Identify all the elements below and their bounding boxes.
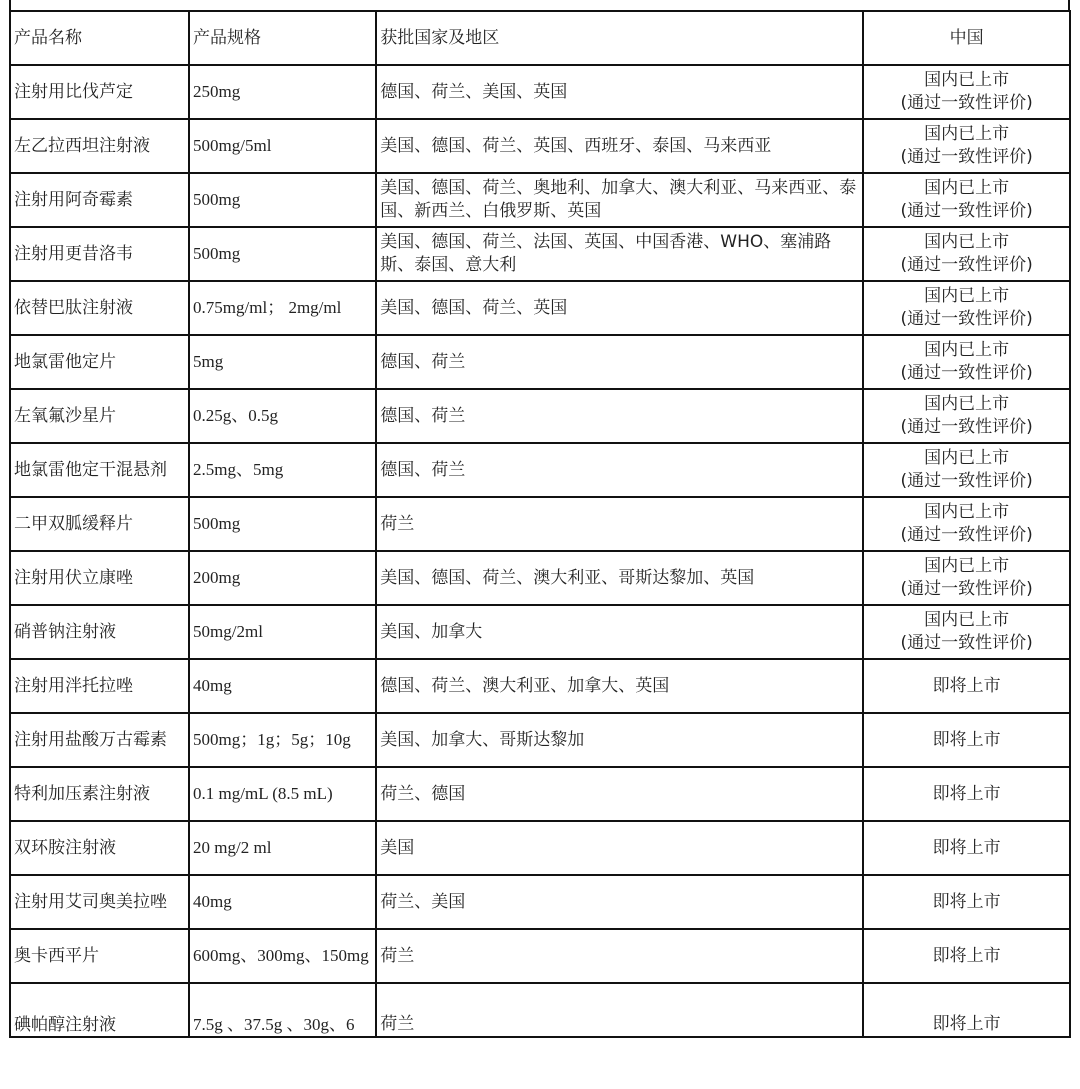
approved-regions-cell: 德国、荷兰	[376, 389, 863, 443]
china-status-cell: 国内已上市(通过一致性评价)	[863, 389, 1070, 443]
product-name-cell: 注射用艾司奥美拉唑	[10, 875, 189, 929]
approved-regions-cell: 荷兰	[376, 983, 863, 1037]
status-line-primary: 国内已上市	[867, 501, 1066, 524]
status-line-note: (通过一致性评价)	[867, 632, 1066, 655]
china-status-cell: 国内已上市(通过一致性评价)	[863, 173, 1070, 227]
product-name-cell: 注射用比伐芦定	[10, 65, 189, 119]
approved-regions-cell: 美国、德国、荷兰、英国、西班牙、泰国、马来西亚	[376, 119, 863, 173]
status-line-primary: 即将上市	[867, 783, 1066, 806]
china-status-cell: 国内已上市(通过一致性评价)	[863, 119, 1070, 173]
specification-cell: 200mg	[189, 551, 376, 605]
status-line-primary: 即将上市	[867, 891, 1066, 914]
approved-regions-cell: 美国、德国、荷兰、英国	[376, 281, 863, 335]
header-china: 中国	[863, 11, 1070, 65]
china-status-cell: 即将上市	[863, 983, 1070, 1037]
specification-cell: 500mg/5ml	[189, 119, 376, 173]
approved-regions-cell: 美国、德国、荷兰、法国、英国、中国香港、WHO、塞浦路斯、泰国、意大利	[376, 227, 863, 281]
product-name-cell: 特利加压素注射液	[10, 767, 189, 821]
specification-cell: 500mg	[189, 227, 376, 281]
header-approved-regions: 获批国家及地区	[376, 11, 863, 65]
status-line-note: (通过一致性评价)	[867, 416, 1066, 439]
table-row: 硝普钠注射液50mg/2ml美国、加拿大国内已上市(通过一致性评价)	[10, 605, 1070, 659]
table-row: 注射用艾司奥美拉唑40mg荷兰、美国即将上市	[10, 875, 1070, 929]
china-status-cell: 即将上市	[863, 875, 1070, 929]
status-line-note: (通过一致性评价)	[867, 578, 1066, 601]
specification-cell: 20 mg/2 ml	[189, 821, 376, 875]
status-line-primary: 国内已上市	[867, 69, 1066, 92]
table-row: 注射用比伐芦定250mg德国、荷兰、美国、英国国内已上市(通过一致性评价)	[10, 65, 1070, 119]
product-name-cell: 地氯雷他定干混悬剂	[10, 443, 189, 497]
status-line-primary: 国内已上市	[867, 609, 1066, 632]
table-row: 左乙拉西坦注射液500mg/5ml美国、德国、荷兰、英国、西班牙、泰国、马来西亚…	[10, 119, 1070, 173]
china-status-cell: 国内已上市(通过一致性评价)	[863, 551, 1070, 605]
status-line-note: (通过一致性评价)	[867, 92, 1066, 115]
product-name-cell: 注射用阿奇霉素	[10, 173, 189, 227]
product-name-cell: 左乙拉西坦注射液	[10, 119, 189, 173]
approved-regions-cell: 美国、德国、荷兰、澳大利亚、哥斯达黎加、英国	[376, 551, 863, 605]
approved-regions-cell: 美国、加拿大	[376, 605, 863, 659]
china-status-cell: 国内已上市(通过一致性评价)	[863, 281, 1070, 335]
status-line-note: (通过一致性评价)	[867, 146, 1066, 169]
product-name-cell: 地氯雷他定片	[10, 335, 189, 389]
product-name-cell: 注射用泮托拉唑	[10, 659, 189, 713]
china-status-cell: 即将上市	[863, 821, 1070, 875]
table-row: 依替巴肽注射液0.75mg/ml； 2mg/ml美国、德国、荷兰、英国国内已上市…	[10, 281, 1070, 335]
product-name-cell: 双环胺注射液	[10, 821, 189, 875]
status-line-primary: 国内已上市	[867, 393, 1066, 416]
status-line-note: (通过一致性评价)	[867, 254, 1066, 277]
table-row: 特利加压素注射液0.1 mg/mL (8.5 mL)荷兰、德国即将上市	[10, 767, 1070, 821]
table-row: 注射用泮托拉唑40mg德国、荷兰、澳大利亚、加拿大、英国即将上市	[10, 659, 1070, 713]
approved-regions-cell: 荷兰、德国	[376, 767, 863, 821]
china-status-cell: 即将上市	[863, 929, 1070, 983]
approved-regions-cell: 美国、加拿大、哥斯达黎加	[376, 713, 863, 767]
specification-cell: 50mg/2ml	[189, 605, 376, 659]
product-name-cell: 注射用盐酸万古霉素	[10, 713, 189, 767]
table-row: 注射用盐酸万古霉素500mg；1g；5g；10g美国、加拿大、哥斯达黎加即将上市	[10, 713, 1070, 767]
table-header-row: 产品名称 产品规格 获批国家及地区 中国	[10, 11, 1070, 65]
china-status-cell: 国内已上市(通过一致性评价)	[863, 443, 1070, 497]
product-name-cell: 依替巴肽注射液	[10, 281, 189, 335]
status-line-primary: 国内已上市	[867, 447, 1066, 470]
specification-cell: 0.75mg/ml； 2mg/ml	[189, 281, 376, 335]
china-status-cell: 即将上市	[863, 659, 1070, 713]
specification-cell: 2.5mg、5mg	[189, 443, 376, 497]
china-status-cell: 国内已上市(通过一致性评价)	[863, 335, 1070, 389]
approved-regions-cell: 荷兰	[376, 929, 863, 983]
status-line-note: (通过一致性评价)	[867, 308, 1066, 331]
approved-regions-cell: 德国、荷兰、澳大利亚、加拿大、英国	[376, 659, 863, 713]
specification-cell: 40mg	[189, 875, 376, 929]
status-line-note: (通过一致性评价)	[867, 470, 1066, 493]
table-row: 双环胺注射液20 mg/2 ml美国即将上市	[10, 821, 1070, 875]
header-specification: 产品规格	[189, 11, 376, 65]
product-name-cell: 奥卡西平片	[10, 929, 189, 983]
status-line-primary: 国内已上市	[867, 231, 1066, 254]
product-name-cell: 碘帕醇注射液	[10, 983, 189, 1037]
product-name-cell: 注射用伏立康唑	[10, 551, 189, 605]
table-row: 地氯雷他定片5mg德国、荷兰国内已上市(通过一致性评价)	[10, 335, 1070, 389]
status-line-note: (通过一致性评价)	[867, 524, 1066, 547]
status-line-primary: 国内已上市	[867, 123, 1066, 146]
status-line-primary: 即将上市	[867, 945, 1066, 968]
specification-cell: 0.25g、0.5g	[189, 389, 376, 443]
product-name-cell: 注射用更昔洛韦	[10, 227, 189, 281]
status-line-primary: 即将上市	[867, 729, 1066, 752]
table-row: 地氯雷他定干混悬剂2.5mg、5mg德国、荷兰国内已上市(通过一致性评价)	[10, 443, 1070, 497]
specification-cell: 500mg	[189, 173, 376, 227]
china-status-cell: 即将上市	[863, 767, 1070, 821]
product-name-cell: 二甲双胍缓释片	[10, 497, 189, 551]
specification-cell: 40mg	[189, 659, 376, 713]
table-row: 注射用更昔洛韦500mg美国、德国、荷兰、法国、英国、中国香港、WHO、塞浦路斯…	[10, 227, 1070, 281]
specification-cell: 7.5g 、37.5g 、30g、6	[189, 983, 376, 1037]
status-line-primary: 国内已上市	[867, 177, 1066, 200]
status-line-primary: 即将上市	[867, 1013, 1066, 1036]
table-row: 二甲双胍缓释片500mg荷兰国内已上市(通过一致性评价)	[10, 497, 1070, 551]
specification-cell: 500mg	[189, 497, 376, 551]
status-line-primary: 即将上市	[867, 837, 1066, 860]
specification-cell: 500mg；1g；5g；10g	[189, 713, 376, 767]
table-row: 奥卡西平片600mg、300mg、150mg荷兰即将上市	[10, 929, 1070, 983]
approved-regions-cell: 美国	[376, 821, 863, 875]
approved-regions-cell: 美国、德国、荷兰、奥地利、加拿大、澳大利亚、马来西亚、泰国、新西兰、白俄罗斯、英…	[376, 173, 863, 227]
approved-regions-cell: 荷兰	[376, 497, 863, 551]
table-row: 碘帕醇注射液7.5g 、37.5g 、30g、6荷兰即将上市	[10, 983, 1070, 1037]
china-status-cell: 即将上市	[863, 713, 1070, 767]
status-line-primary: 即将上市	[867, 675, 1066, 698]
product-name-cell: 左氧氟沙星片	[10, 389, 189, 443]
status-line-note: (通过一致性评价)	[867, 200, 1066, 223]
status-line-note: (通过一致性评价)	[867, 362, 1066, 385]
status-line-primary: 国内已上市	[867, 555, 1066, 578]
product-approval-table: 产品名称 产品规格 获批国家及地区 中国 注射用比伐芦定250mg德国、荷兰、美…	[9, 10, 1071, 1038]
table-row: 左氧氟沙星片0.25g、0.5g德国、荷兰国内已上市(通过一致性评价)	[10, 389, 1070, 443]
specification-cell: 250mg	[189, 65, 376, 119]
approved-regions-cell: 德国、荷兰、美国、英国	[376, 65, 863, 119]
specification-cell: 600mg、300mg、150mg	[189, 929, 376, 983]
specification-cell: 0.1 mg/mL (8.5 mL)	[189, 767, 376, 821]
china-status-cell: 国内已上市(通过一致性评价)	[863, 227, 1070, 281]
china-status-cell: 国内已上市(通过一致性评价)	[863, 65, 1070, 119]
approved-regions-cell: 荷兰、美国	[376, 875, 863, 929]
status-line-primary: 国内已上市	[867, 285, 1066, 308]
approved-regions-cell: 德国、荷兰	[376, 335, 863, 389]
product-name-cell: 硝普钠注射液	[10, 605, 189, 659]
specification-cell: 5mg	[189, 335, 376, 389]
china-status-cell: 国内已上市(通过一致性评价)	[863, 497, 1070, 551]
table-row: 注射用阿奇霉素500mg美国、德国、荷兰、奥地利、加拿大、澳大利亚、马来西亚、泰…	[10, 173, 1070, 227]
china-status-cell: 国内已上市(通过一致性评价)	[863, 605, 1070, 659]
header-product-name: 产品名称	[10, 11, 189, 65]
approved-regions-cell: 德国、荷兰	[376, 443, 863, 497]
table-row: 注射用伏立康唑200mg美国、德国、荷兰、澳大利亚、哥斯达黎加、英国国内已上市(…	[10, 551, 1070, 605]
status-line-primary: 国内已上市	[867, 339, 1066, 362]
